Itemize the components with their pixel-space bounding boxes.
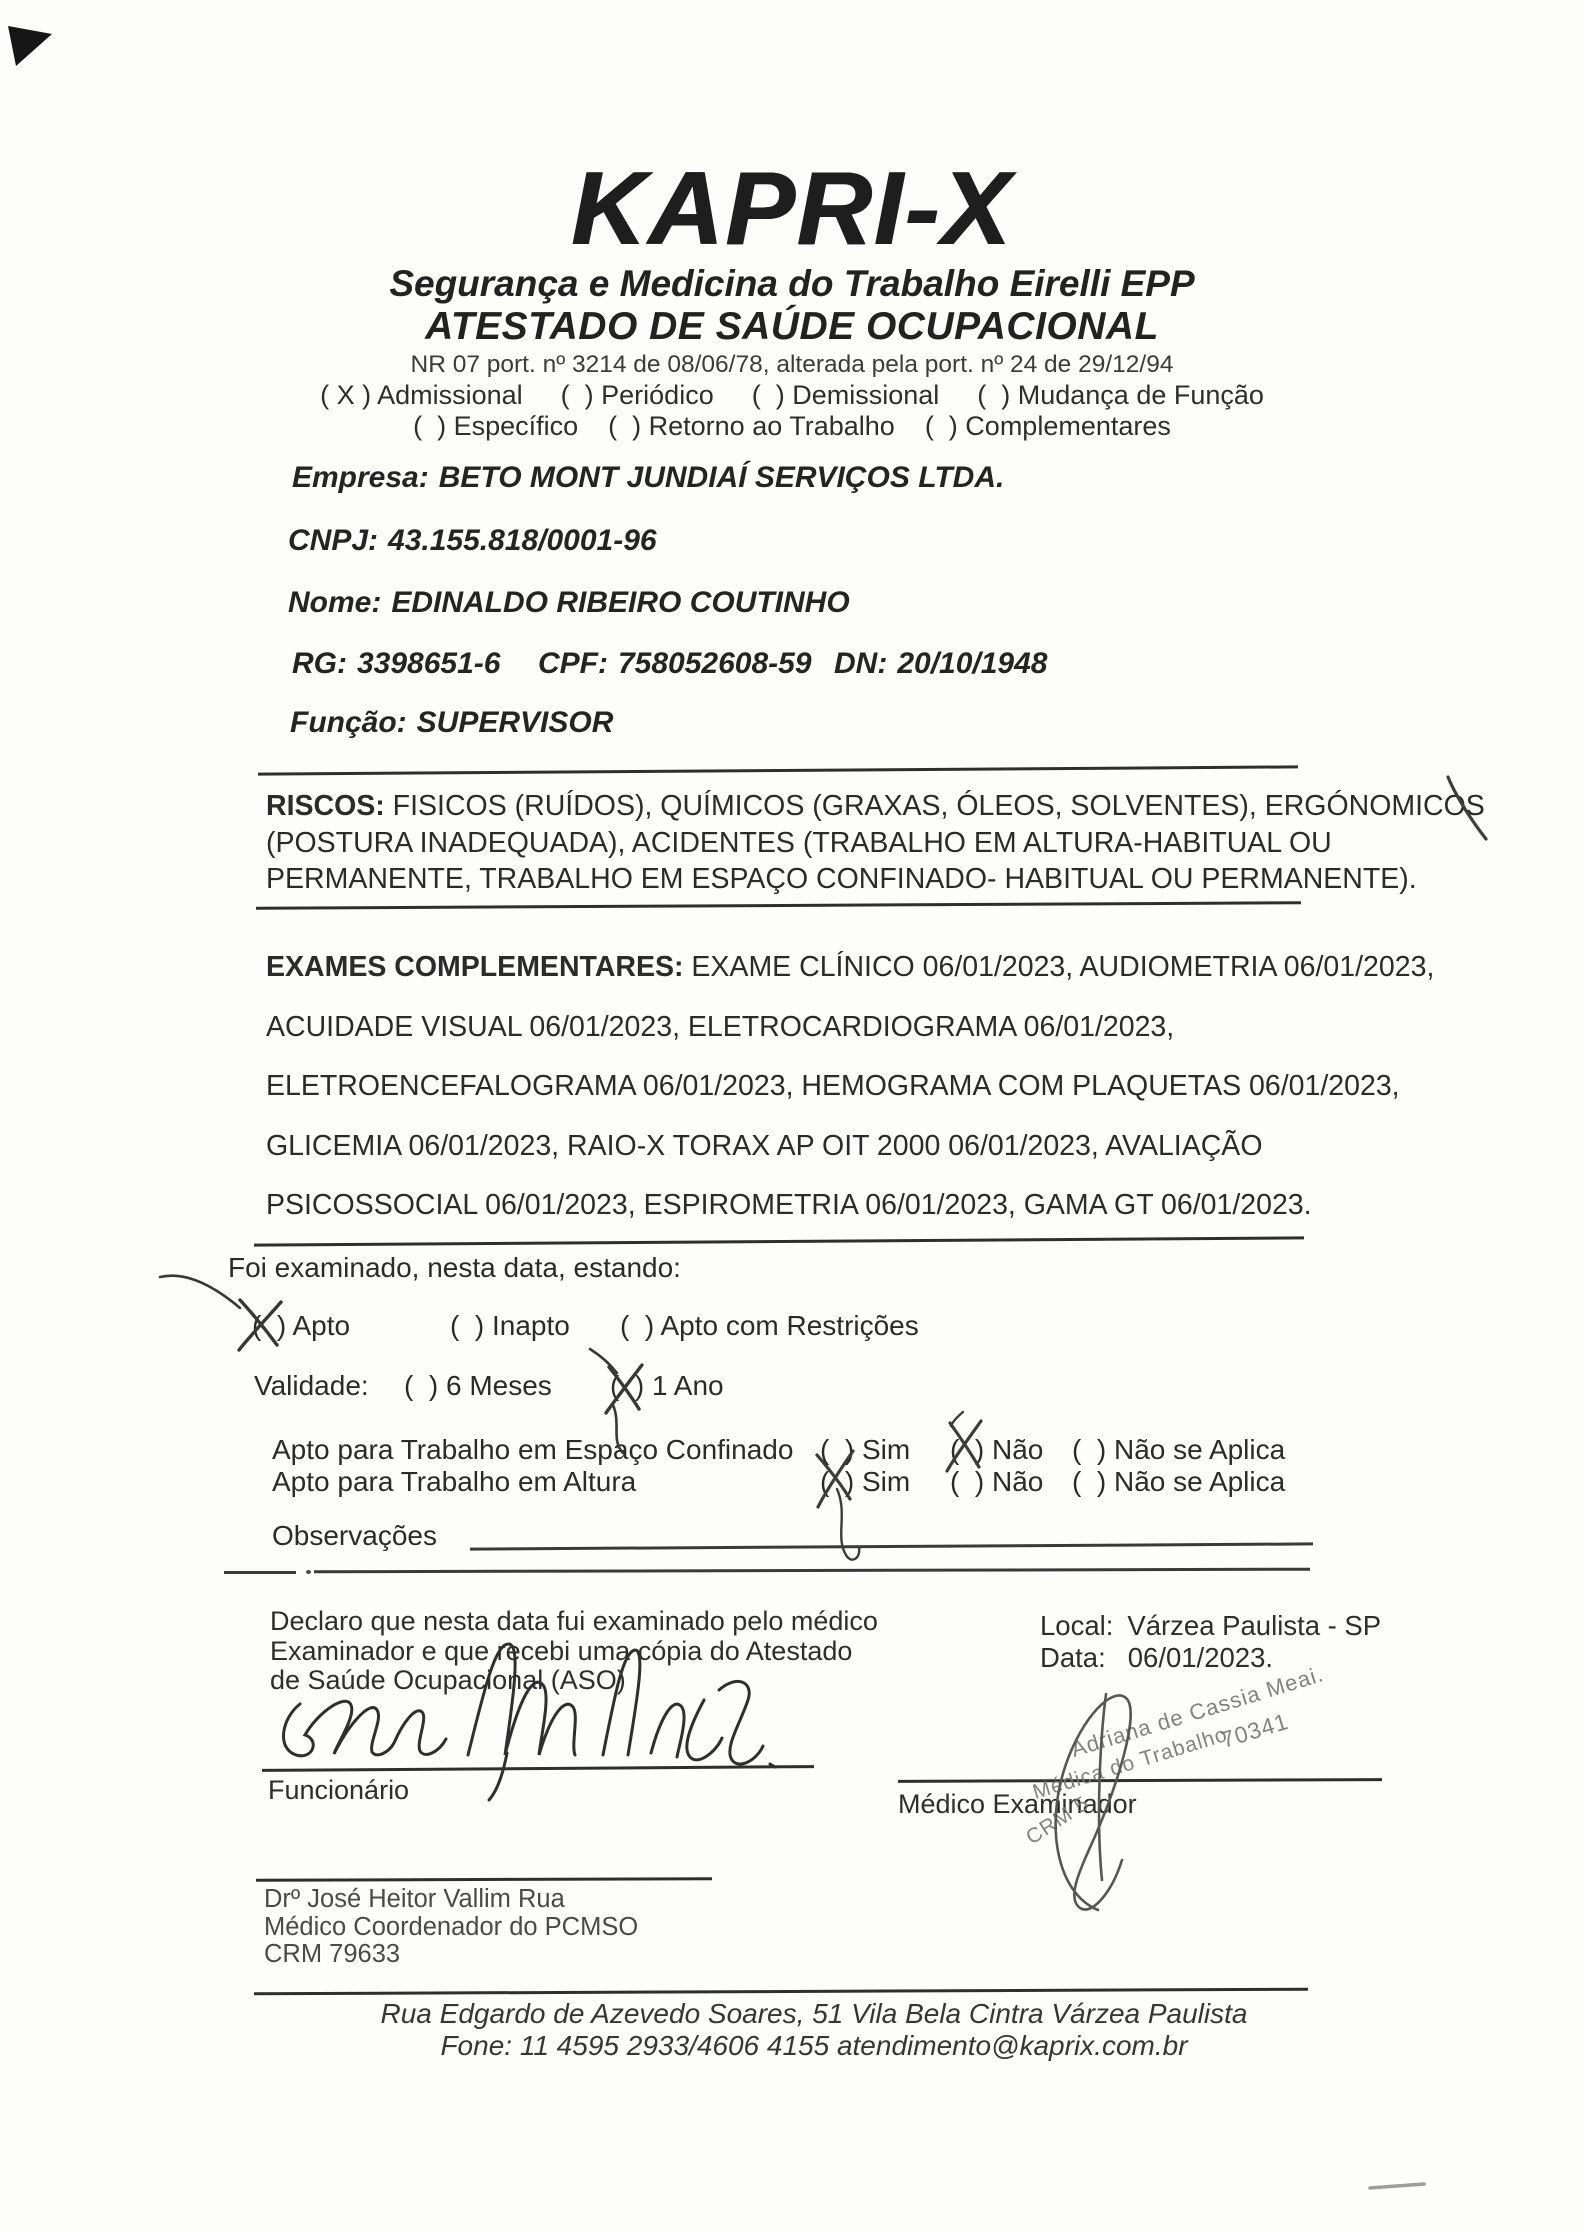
- observations-line-2a: [224, 1571, 296, 1574]
- field-dn: DN:20/10/1948: [834, 647, 1047, 681]
- doc-title: ATESTADO DE SAÚDE OCUPACIONAL: [0, 305, 1584, 349]
- result-option-apto: ( ) Apto: [252, 1310, 350, 1342]
- aptitude-altura-nao: ( ) Não: [950, 1466, 1043, 1498]
- examination-result-intro: Foi examinado, nesta data, estando:: [228, 1252, 681, 1284]
- date-value: 06/01/2023.: [1128, 1642, 1273, 1673]
- date-label: Data:: [1040, 1642, 1106, 1673]
- aso-document-page: KAPRI-X Segurança e Medicina do Trabalho…: [0, 0, 1584, 2232]
- footer-address: Rua Edgardo de Azevedo Soares, 51 Vila B…: [294, 1998, 1334, 2030]
- exam-type-periodico: ( ) Periódico: [561, 380, 714, 411]
- coordinator-role: Médico Coordenador do PCMSO: [264, 1914, 638, 1942]
- coordinator-crm: CRM 79633: [264, 1941, 638, 1969]
- field-cnpj: CNPJ:43.155.818/0001-96: [288, 524, 657, 558]
- coordinator-name: Drº José Heitor Vallim Rua: [264, 1886, 638, 1914]
- scan-speck: [306, 1570, 311, 1574]
- field-nome: Nome:EDINALDO RIBEIRO COUTINHO: [288, 586, 850, 620]
- footer-phone-email: Fone: 11 4595 2933/4606 4155 atendimento…: [294, 2030, 1334, 2062]
- field-funcao-label: Função:: [290, 706, 407, 739]
- declaration-text: Declaro que nesta data fui examinado pel…: [270, 1607, 878, 1696]
- field-cpf-value: 758052608-59: [618, 647, 812, 680]
- risks-section: RISCOS: FISICOS (RUÍDOS), QUÍMICOS (GRAX…: [266, 788, 1485, 898]
- field-rg-label: RG:: [292, 647, 347, 680]
- field-cnpj-value: 43.155.818/0001-96: [388, 524, 657, 557]
- validity-label: Validade:: [254, 1370, 369, 1402]
- field-empresa-label: Empresa:: [292, 461, 429, 494]
- field-dn-label: DN:: [834, 647, 887, 680]
- doc-subtitle: Segurança e Medicina do Trabalho Eirelli…: [0, 263, 1584, 305]
- exam-type-complementares: ( ) Complementares: [925, 411, 1171, 442]
- doctor-signature-caption: Médico Examinador: [898, 1789, 1137, 1820]
- exams-line-5: PSICOSSOCIAL 06/01/2023, ESPIROMETRIA 06…: [266, 1176, 1434, 1236]
- field-nome-value: EDINALDO RIBEIRO COUTINHO: [391, 586, 849, 619]
- risks-line-3: PERMANENTE, TRABALHO EM ESPAÇO CONFINADO…: [266, 861, 1485, 898]
- bottom-scan-artifact-dash: [1370, 2184, 1424, 2188]
- section-divider: [256, 901, 1301, 909]
- exams-line-4: GLICEMIA 06/01/2023, RAIO-X TORAX AP OIT…: [266, 1117, 1434, 1177]
- observations-line-2b: [314, 1568, 1310, 1573]
- local-value: Várzea Paulista - SP: [1127, 1610, 1381, 1641]
- aptitude-confinado-label: Apto para Trabalho em Espaço Confinado: [272, 1434, 793, 1466]
- field-nome-label: Nome:: [288, 586, 381, 619]
- local-line: Local:Várzea Paulista - SP: [1040, 1610, 1381, 1642]
- field-cnpj-label: CNPJ:: [288, 524, 378, 557]
- exam-type-mudanca-funcao: ( ) Mudança de Função: [977, 380, 1264, 411]
- exam-type-row-2: ( ) Específico ( ) Retorno ao Trabalho (…: [0, 411, 1584, 442]
- coordinator-block: Drº José Heitor Vallim Rua Médico Coorde…: [264, 1886, 638, 1969]
- local-label: Local:: [1040, 1610, 1113, 1641]
- exam-type-row-1: ( X ) Admissional ( ) Periódico ( ) Demi…: [0, 380, 1584, 411]
- aptitude-altura-label: Apto para Trabalho em Altura: [272, 1466, 636, 1498]
- field-empresa-value: BETO MONT JUNDIAÍ SERVIÇOS LTDA.: [439, 461, 1005, 494]
- observations-label: Observações: [272, 1520, 437, 1552]
- field-funcao: Função:SUPERVISOR: [290, 706, 613, 740]
- corner-scan-artifact-icon: [8, 26, 52, 66]
- risks-line-1: RISCOS: FISICOS (RUÍDOS), QUÍMICOS (GRAX…: [266, 788, 1485, 825]
- observations-line-1: [470, 1542, 1313, 1550]
- exams-section: EXAMES COMPLEMENTARES: EXAME CLÍNICO 06/…: [266, 938, 1434, 1236]
- employee-signature-line: [262, 1765, 814, 1771]
- doctor-signature-line: [898, 1778, 1382, 1782]
- result-option-inapto: ( ) Inapto: [450, 1310, 570, 1342]
- exam-type-admissional: ( X ) Admissional: [320, 380, 523, 411]
- footer-divider: [254, 1988, 1308, 1996]
- exams-line-2: ACUIDADE VISUAL 06/01/2023, ELETROCARDIO…: [266, 998, 1434, 1058]
- field-rg: RG:3398651-6: [292, 647, 500, 681]
- aptitude-confinado-nao: ( ) Não: [950, 1434, 1043, 1466]
- exam-type-retorno-trabalho: ( ) Retorno ao Trabalho: [608, 411, 895, 442]
- field-funcao-value: SUPERVISOR: [417, 706, 614, 739]
- exams-line-1: EXAMES COMPLEMENTARES: EXAME CLÍNICO 06/…: [266, 938, 1434, 998]
- field-empresa: Empresa:BETO MONT JUNDIAÍ SERVIÇOS LTDA.: [292, 461, 1004, 495]
- result-option-apto-restricoes: ( ) Apto com Restrições: [620, 1310, 919, 1342]
- field-dn-value: 20/10/1948: [897, 647, 1047, 680]
- aptitude-confinado-nao-se-aplica: ( ) Não se Aplica: [1072, 1434, 1285, 1466]
- risks-line-2: (POSTURA INADEQUADA), ACIDENTES (TRABALH…: [266, 825, 1485, 862]
- field-cpf-label: CPF:: [538, 647, 608, 680]
- field-rg-value: 3398651-6: [357, 647, 500, 680]
- aptitude-confinado-sim: ( ) Sim: [820, 1434, 910, 1466]
- footer-block: Rua Edgardo de Azevedo Soares, 51 Vila B…: [294, 1998, 1334, 2062]
- field-cpf: CPF:758052608-59: [538, 647, 812, 681]
- exams-line-3: ELETROENCEFALOGRAMA 06/01/2023, HEMOGRAM…: [266, 1057, 1434, 1117]
- exam-type-especifico: ( ) Específico: [413, 411, 578, 442]
- validity-option-1-ano: ( ) 1 Ano: [610, 1370, 724, 1402]
- brand-title: KAPRI-X: [0, 150, 1584, 269]
- coordinator-signature-line: [256, 1877, 712, 1881]
- exams-label: EXAMES COMPLEMENTARES:: [266, 951, 684, 983]
- aptitude-altura-sim: ( ) Sim: [820, 1466, 910, 1498]
- regulation-text: NR 07 port. nº 3214 de 08/06/78, alterad…: [0, 351, 1584, 379]
- employee-signature-caption: Funcionário: [268, 1775, 409, 1806]
- exam-type-demissional: ( ) Demissional: [752, 380, 940, 411]
- date-line: Data:06/01/2023.: [1040, 1642, 1273, 1674]
- validity-option-6-meses: ( ) 6 Meses: [404, 1370, 552, 1402]
- risks-label: RISCOS:: [266, 790, 385, 822]
- aptitude-altura-nao-se-aplica: ( ) Não se Aplica: [1072, 1466, 1285, 1498]
- section-divider: [258, 765, 1298, 775]
- section-divider: [254, 1236, 1304, 1246]
